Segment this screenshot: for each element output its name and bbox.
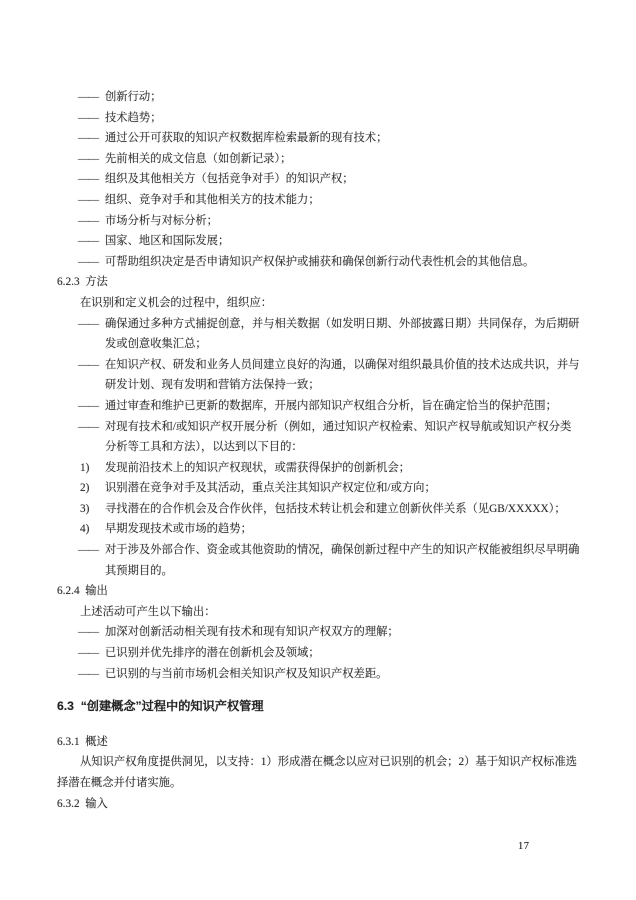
dash-bullet-marker: —— — [78, 252, 98, 273]
item-number-marker: 2) — [80, 478, 89, 499]
list-item-text: 对于涉及外部合作、资金或其他资助的情况，确保创新过程中产生的知识产权能被组织尽早… — [105, 544, 579, 577]
list-item-text: 确保通过多种方式捕捉创意，并与相关数据（如发明日期、外部披露日期）共同保存，为后… — [105, 318, 579, 351]
dash-bullet-marker: —— — [78, 643, 98, 664]
dash-bullet-marker: —— — [78, 108, 98, 129]
page-number: 17 — [518, 841, 530, 852]
dash-bullet-marker: —— — [78, 355, 98, 376]
list-item-text: 在知识产权、研发和业务人员间建立良好的沟通，以确保对组织最具价值的技术达成共识，… — [105, 359, 579, 392]
dash-list-item: ——组织、竞争对手和其他相关方的技术能力； — [57, 190, 581, 211]
list-item-text: 先前相关的成文信息（如创新记录）； — [105, 153, 291, 165]
paragraph: 上述活动可产生以下输出： — [57, 602, 581, 623]
list-item-text: 已识别并优先排序的潜在创新机会及领域； — [105, 647, 320, 659]
dash-list-item: ——加深对创新活动相关现有技术和现有知识产权双方的理解； — [57, 622, 581, 643]
dash-bullet-marker: —— — [78, 540, 98, 561]
list-item-text: 发现前沿技术上的知识产权现状，或需获得保护的创新机会； — [105, 462, 410, 474]
dash-bullet-marker: —— — [78, 149, 98, 170]
numbered-list-item: 2)识别潜在竞争对手及其活动，重点关注其知识产权定位和/或方向； — [57, 478, 581, 499]
dash-bullet-marker: —— — [78, 396, 98, 417]
list-item-text: 市场分析与对标分析； — [105, 215, 218, 227]
dash-bullet-marker: —— — [78, 128, 98, 149]
subsection-heading: 6.2.3 方法 — [57, 272, 581, 293]
subsection-heading: 6.3.2 输入 — [57, 794, 581, 815]
list-item-text: 早期发现技术或市场的趋势； — [105, 523, 252, 535]
list-item-text: 组织及其他相关方（包括竞争对手）的知识产权； — [105, 173, 354, 185]
dash-bullet-marker: —— — [78, 664, 98, 685]
dash-bullet-marker: —— — [78, 314, 98, 335]
item-number-marker: 4) — [80, 519, 89, 540]
document-body: ——创新行动；——技术趋势；——通过公开可获取的知识产权数据库检索最新的现有技术… — [57, 87, 581, 814]
dash-list-item: ——已识别的与当前市场机会相关知识产权及知识产权差距。 — [57, 664, 581, 685]
dash-list-item: ——通过审查和维护已更新的数据库，开展内部知识产权组合分析，旨在确定恰当的保护范… — [57, 396, 581, 417]
numbered-list-item: 3)寻找潜在的合作机会及合作伙伴，包括技术转让机会和建立创新伙伴关系（见GB/X… — [57, 499, 581, 520]
list-item-text: 可帮助组织决定是否申请知识产权保护或捕获和确保创新行动代表性机会的其他信息。 — [105, 256, 534, 268]
section-heading: 6.3 “创建概念”过程中的知识产权管理 — [57, 696, 581, 717]
document-page: ——创新行动；——技术趋势；——通过公开可获取的知识产权数据库检索最新的现有技术… — [0, 0, 636, 900]
list-item-text: 组织、竞争对手和其他相关方的技术能力； — [105, 194, 320, 206]
dash-list-item: ——已识别并优先排序的潜在创新机会及领域； — [57, 643, 581, 664]
subsection-heading: 6.2.4 输出 — [57, 581, 581, 602]
dash-bullet-marker: —— — [78, 211, 98, 232]
dash-list-item: ——国家、地区和国际发展； — [57, 231, 581, 252]
dash-bullet-marker: —— — [78, 622, 98, 643]
dash-list-item: ——通过公开可获取的知识产权数据库检索最新的现有技术； — [57, 128, 581, 149]
dash-list-item: ——可帮助组织决定是否申请知识产权保护或捕获和确保创新行动代表性机会的其他信息。 — [57, 252, 581, 273]
dash-list-item: ——组织及其他相关方（包括竞争对手）的知识产权； — [57, 169, 581, 190]
dash-list-item: ——市场分析与对标分析； — [57, 211, 581, 232]
dash-bullet-marker: —— — [78, 169, 98, 190]
dash-list-item: ——技术趋势； — [57, 108, 581, 129]
paragraph: 在识别和定义机会的过程中，组织应： — [57, 293, 581, 314]
list-item-text: 技术趋势； — [105, 112, 162, 124]
numbered-list-item: 4)早期发现技术或市场的趋势； — [57, 519, 581, 540]
dash-bullet-marker: —— — [78, 417, 98, 438]
list-item-text: 加深对创新活动相关现有技术和现有知识产权双方的理解； — [105, 626, 399, 638]
dash-list-item: ——在知识产权、研发和业务人员间建立良好的沟通，以确保对组织最具价值的技术达成共… — [57, 355, 581, 396]
list-item-text: 国家、地区和国际发展； — [105, 235, 229, 247]
item-number-marker: 3) — [80, 499, 89, 520]
dash-list-item: ——先前相关的成文信息（如创新记录）； — [57, 149, 581, 170]
list-item-text: 识别潜在竞争对手及其活动，重点关注其知识产权定位和/或方向； — [105, 482, 436, 494]
list-item-text: 对现有技术和/或知识产权开展分析（例如，通过知识产权检索、知识产权导航或知识产权… — [105, 421, 571, 454]
dash-bullet-marker: —— — [78, 87, 98, 108]
dash-list-item: ——对现有技术和/或知识产权开展分析（例如，通过知识产权检索、知识产权导航或知识… — [57, 417, 581, 458]
list-item-text: 通过公开可获取的知识产权数据库检索最新的现有技术； — [105, 132, 387, 144]
dash-list-item: ——确保通过多种方式捕捉创意，并与相关数据（如发明日期、外部披露日期）共同保存，… — [57, 314, 581, 355]
dash-bullet-marker: —— — [78, 231, 98, 252]
list-item-text: 创新行动； — [105, 91, 162, 103]
dash-bullet-marker: —— — [78, 190, 98, 211]
numbered-list-item: 1)发现前沿技术上的知识产权现状，或需获得保护的创新机会； — [57, 458, 581, 479]
item-number-marker: 1) — [80, 458, 89, 479]
dash-list-item: ——创新行动； — [57, 87, 581, 108]
list-item-text: 通过审查和维护已更新的数据库，开展内部知识产权组合分析，旨在确定恰当的保护范围； — [105, 400, 557, 412]
dash-list-item: ——对于涉及外部合作、资金或其他资助的情况，确保创新过程中产生的知识产权能被组织… — [57, 540, 581, 581]
subsection-heading: 6.3.1 概述 — [57, 732, 581, 753]
list-item-text: 已识别的与当前市场机会相关知识产权及知识产权差距。 — [105, 668, 387, 680]
paragraph: 从知识产权角度提供洞见，以支持：1）形成潜在概念以应对已识别的机会；2）基于知识… — [57, 752, 581, 793]
list-item-text: 寻找潜在的合作机会及合作伙伴，包括技术转让机会和建立创新伙伴关系（见GB/XXX… — [105, 503, 566, 515]
